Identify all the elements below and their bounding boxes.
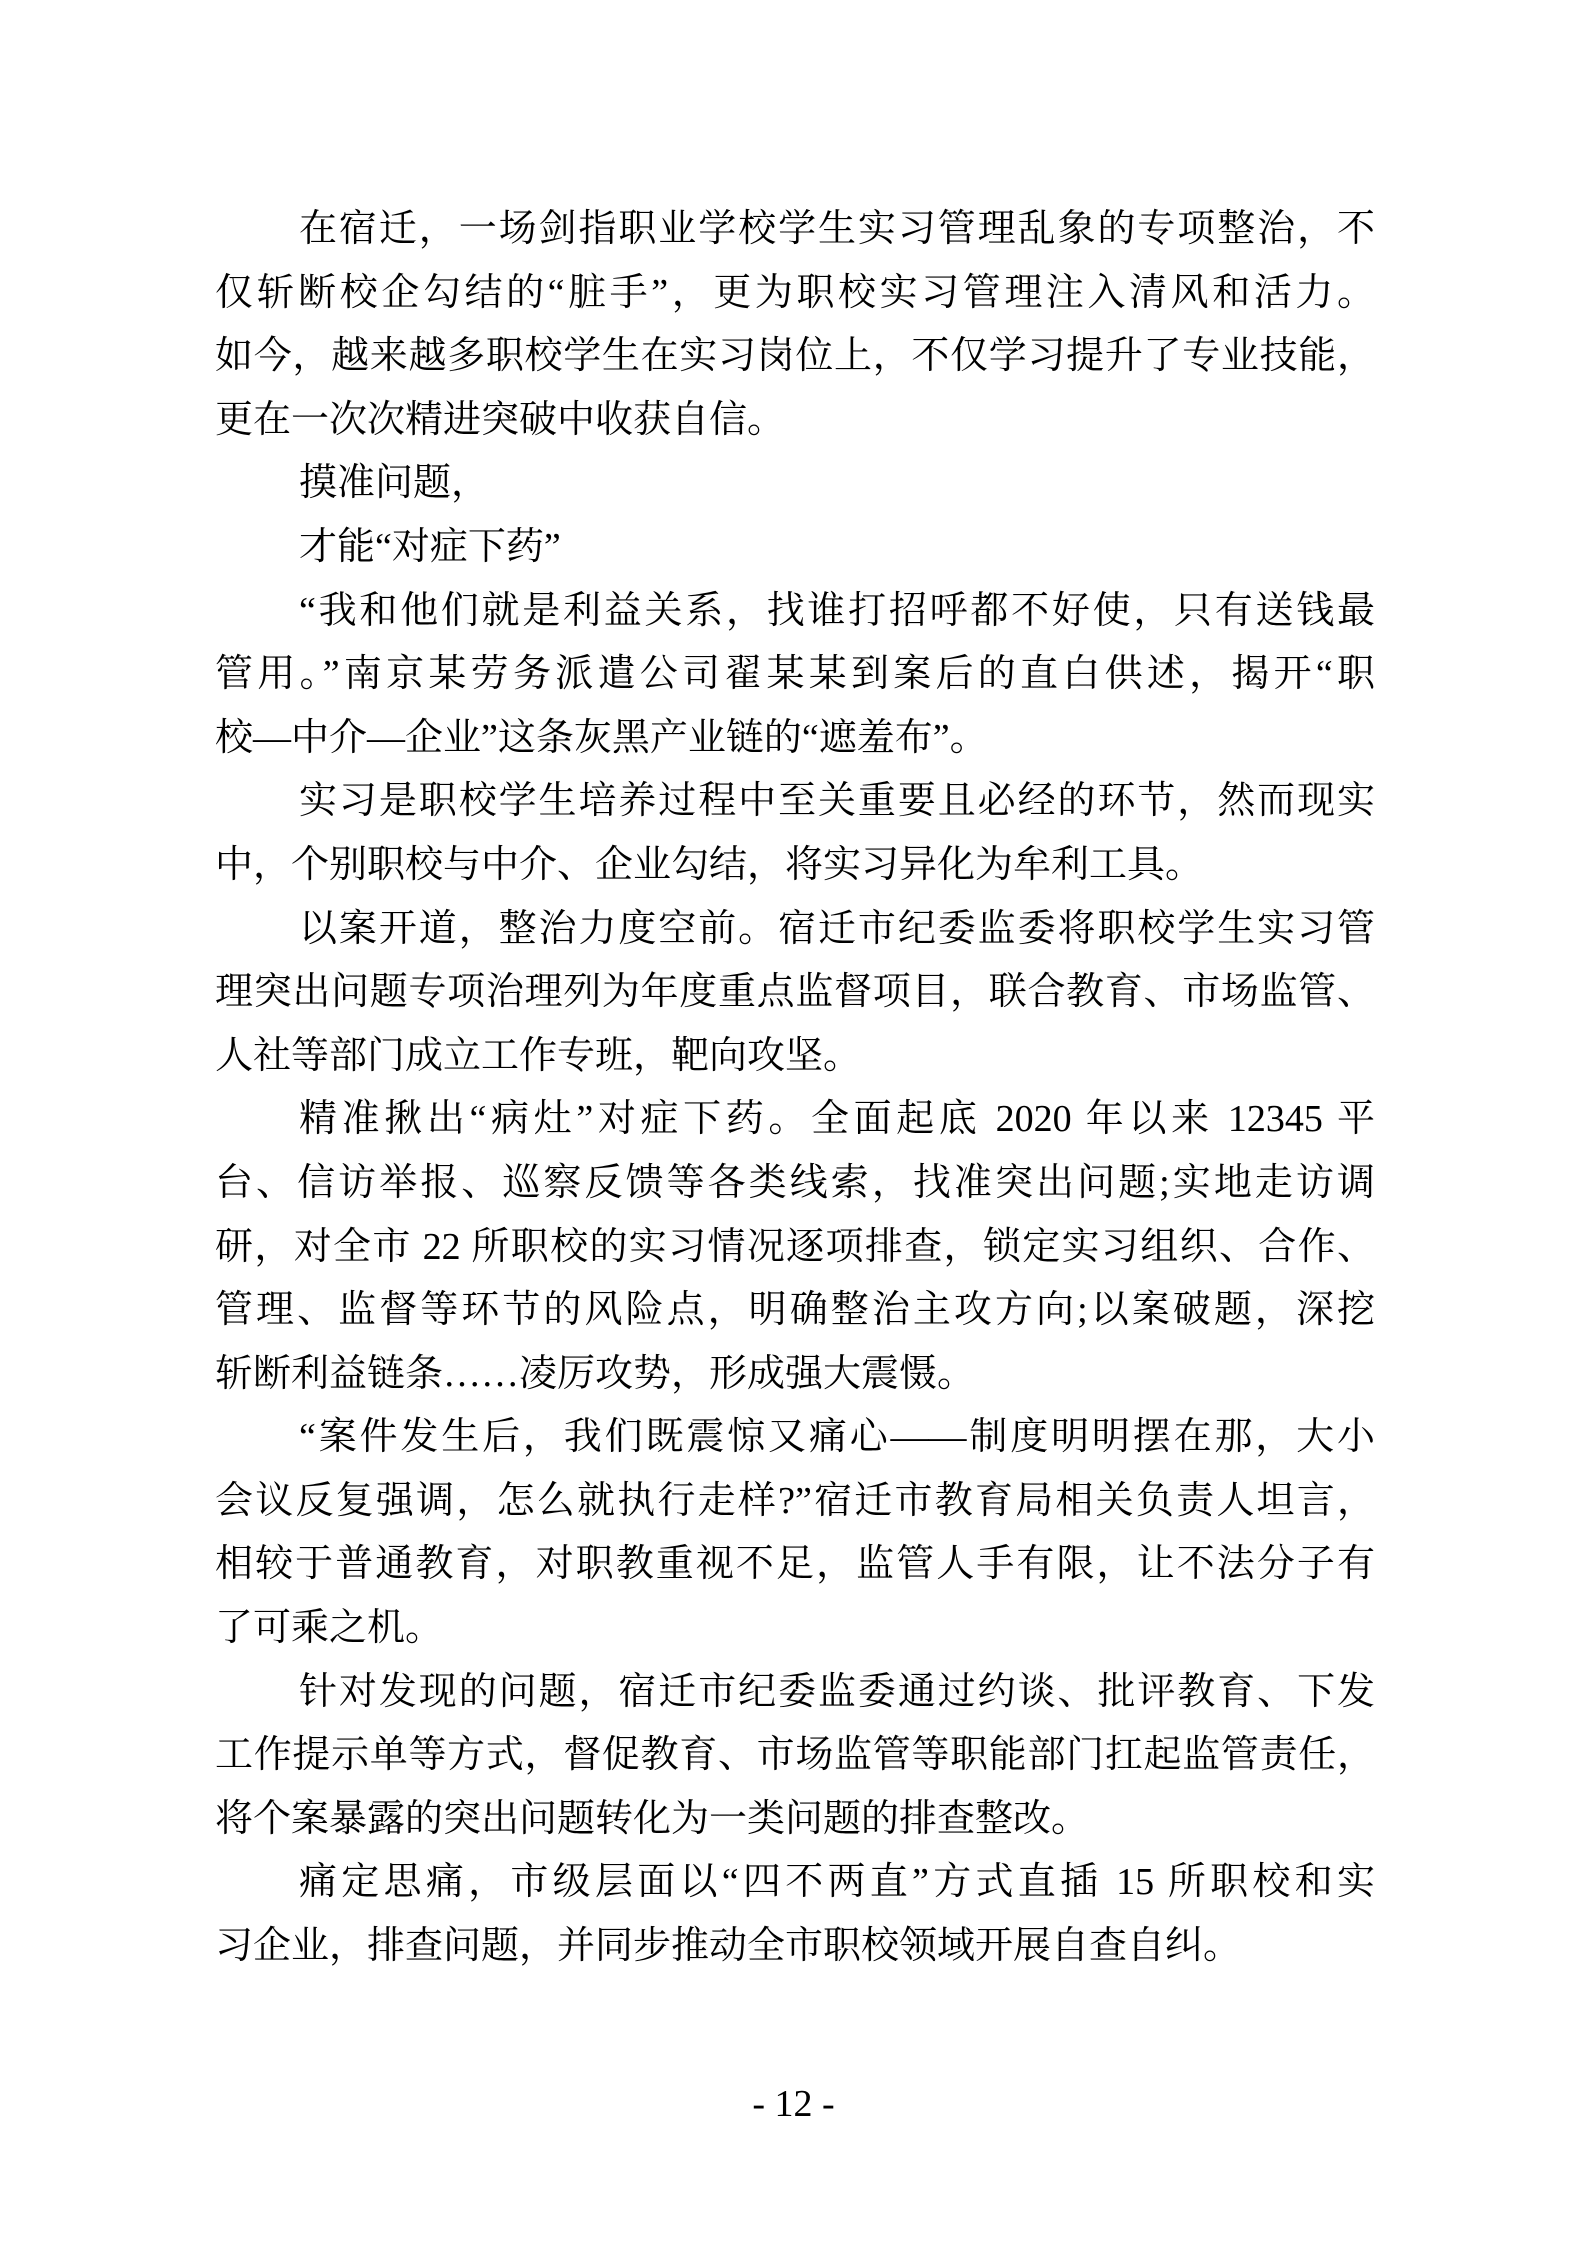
text-line: 精准揪出“病灶”对症下药。全面起底 2020 年以来 12345 平 xyxy=(215,1088,1375,1152)
text-line: 习企业，排查问题，并同步推动全市职校领域开展自查自纠。 xyxy=(215,1915,1375,1979)
paragraph: “案件发生后，我们既震惊又痛心——制度明明摆在那，大小会议反复强调，怎么就执行走… xyxy=(215,1406,1375,1660)
text-line: 痛定思痛，市级层面以“四不两直”方式直插 15 所职校和实 xyxy=(215,1851,1375,1915)
text-line: 才能“对症下药” xyxy=(215,516,1375,580)
page-number: - 12 - xyxy=(752,2083,834,2125)
text-line: 研，对全市 22 所职校的实习情况逐项排查，锁定实习组织、合作、 xyxy=(215,1216,1375,1280)
paragraph: 以案开道，整治力度空前。宿迁市纪委监委将职校学生实习管理突出问题专项治理列为年度… xyxy=(215,898,1375,1089)
paragraph: 实习是职校学生培养过程中至关重要且必经的环节，然而现实中，个别职校与中介、企业勾… xyxy=(215,770,1375,897)
text-line: 实习是职校学生培养过程中至关重要且必经的环节，然而现实 xyxy=(215,770,1375,834)
paragraph: 摸准问题， xyxy=(215,452,1375,516)
text-line: 针对发现的问题，宿迁市纪委监委通过约谈、批评教育、下发 xyxy=(215,1661,1375,1725)
text-line: “案件发生后，我们既震惊又痛心——制度明明摆在那，大小 xyxy=(215,1406,1375,1470)
document-body: 在宿迁，一场剑指职业学校学生实习管理乱象的专项整治，不仅斩断校企勾结的“脏手”，… xyxy=(215,198,1375,1979)
text-line: 在宿迁，一场剑指职业学校学生实习管理乱象的专项整治，不 xyxy=(215,198,1375,262)
text-line: “我和他们就是利益关系，找谁打招呼都不好使，只有送钱最 xyxy=(215,580,1375,644)
text-line: 摸准问题， xyxy=(215,452,1375,516)
text-line: 会议反复强调，怎么就执行走样?”宿迁市教育局相关负责人坦言， xyxy=(215,1470,1375,1534)
page-footer: - 12 - xyxy=(0,2082,1587,2126)
text-line: 斩断利益链条……凌厉攻势，形成强大震慑。 xyxy=(215,1343,1375,1407)
text-line: 仅斩断校企勾结的“脏手”，更为职校实习管理注入清风和活力。 xyxy=(215,262,1375,326)
text-line: 校—中介—企业”这条灰黑产业链的“遮羞布”。 xyxy=(215,707,1375,771)
text-line: 更在一次次精进突破中收获自信。 xyxy=(215,389,1375,453)
paragraph: 精准揪出“病灶”对症下药。全面起底 2020 年以来 12345 平台、信访举报… xyxy=(215,1088,1375,1406)
text-line: 如今，越来越多职校学生在实习岗位上，不仅学习提升了专业技能， xyxy=(215,325,1375,389)
text-line: 了可乘之机。 xyxy=(215,1597,1375,1661)
text-line: 工作提示单等方式，督促教育、市场监管等职能部门扛起监管责任， xyxy=(215,1724,1375,1788)
paragraph: 针对发现的问题，宿迁市纪委监委通过约谈、批评教育、下发工作提示单等方式，督促教育… xyxy=(215,1661,1375,1852)
text-line: 以案开道，整治力度空前。宿迁市纪委监委将职校学生实习管 xyxy=(215,898,1375,962)
paragraph: 在宿迁，一场剑指职业学校学生实习管理乱象的专项整治，不仅斩断校企勾结的“脏手”，… xyxy=(215,198,1375,452)
text-line: 相较于普通教育，对职教重视不足，监管人手有限，让不法分子有 xyxy=(215,1533,1375,1597)
text-line: 管理、监督等环节的风险点，明确整治主攻方向;以案破题，深挖 xyxy=(215,1279,1375,1343)
text-line: 将个案暴露的突出问题转化为一类问题的排查整改。 xyxy=(215,1788,1375,1852)
document-page: 在宿迁，一场剑指职业学校学生实习管理乱象的专项整治，不仅斩断校企勾结的“脏手”，… xyxy=(0,0,1587,2245)
text-line: 理突出问题专项治理列为年度重点监督项目，联合教育、市场监管、 xyxy=(215,961,1375,1025)
text-line: 管用。”南京某劳务派遣公司翟某某到案后的直白供述，揭开“职 xyxy=(215,643,1375,707)
paragraph: 才能“对症下药” xyxy=(215,516,1375,580)
text-line: 台、信访举报、巡察反馈等各类线索，找准突出问题;实地走访调 xyxy=(215,1152,1375,1216)
text-line: 中，个别职校与中介、企业勾结，将实习异化为牟利工具。 xyxy=(215,834,1375,898)
paragraph: 痛定思痛，市级层面以“四不两直”方式直插 15 所职校和实习企业，排查问题，并同… xyxy=(215,1851,1375,1978)
text-line: 人社等部门成立工作专班，靶向攻坚。 xyxy=(215,1025,1375,1089)
paragraph: “我和他们就是利益关系，找谁打招呼都不好使，只有送钱最管用。”南京某劳务派遣公司… xyxy=(215,580,1375,771)
